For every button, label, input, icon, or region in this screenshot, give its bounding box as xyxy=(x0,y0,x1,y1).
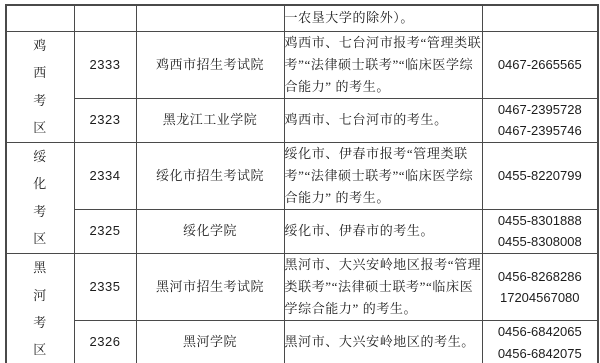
table-row: 绥化考区 2334 绥化市招生考试院 绥化市、伊春市报考“管理类联考”“法律硕士… xyxy=(6,142,598,209)
exam-area-cell-jixi: 鸡西考区 xyxy=(6,31,74,142)
scope-cell: 黑河市、大兴安岭地区的考生。 xyxy=(284,321,482,363)
site-name-cell: 鸡西市招生考试院 xyxy=(136,31,284,98)
document-page: 一农垦大学的除外）。 鸡西考区 2333 鸡西市招生考试院 鸡西市、七台河市报考… xyxy=(0,0,600,363)
site-name-cell: 绥化学院 xyxy=(136,209,284,253)
exam-area-label: 绥化考区 xyxy=(27,143,53,252)
phone-number: 0455-8220799 xyxy=(483,165,598,186)
phone-number: 17204567080 xyxy=(483,287,598,308)
site-code-cell: 2323 xyxy=(74,98,136,142)
site-code-cell: 2334 xyxy=(74,142,136,209)
site-code-cell-empty xyxy=(74,5,136,31)
phone-number: 0467-2395728 xyxy=(483,99,598,120)
site-code-cell: 2335 xyxy=(74,253,136,320)
exam-area-label: 鸡西考区 xyxy=(27,32,53,141)
phone-cell: 0455-8220799 xyxy=(482,142,598,209)
site-code-cell: 2326 xyxy=(74,321,136,363)
phone-cell: 0456-6842065 0456-6842075 xyxy=(482,321,598,363)
table-row: 2326 黑河学院 黑河市、大兴安岭地区的考生。 0456-6842065 04… xyxy=(6,321,598,363)
exam-area-cell-heihe: 黑河考区 xyxy=(6,253,74,363)
exam-area-cell-suihua: 绥化考区 xyxy=(6,142,74,253)
site-name-cell-empty xyxy=(136,5,284,31)
phone-number: 0455-8301888 xyxy=(483,210,598,231)
phone-cell: 0467-2665565 xyxy=(482,31,598,98)
phone-number: 0455-8308008 xyxy=(483,231,598,252)
site-name-cell: 黑河市招生考试院 xyxy=(136,253,284,320)
phone-cell: 0455-8301888 0455-8308008 xyxy=(482,209,598,253)
phone-number: 0456-6842075 xyxy=(483,343,598,363)
site-name-cell: 黑龙江工业学院 xyxy=(136,98,284,142)
site-code-cell: 2333 xyxy=(74,31,136,98)
table-row: 2323 黑龙江工业学院 鸡西市、七台河市的考生。 0467-2395728 0… xyxy=(6,98,598,142)
phone-cell: 0456-8268286 17204567080 xyxy=(482,253,598,320)
phone-cell: 0467-2395728 0467-2395746 xyxy=(482,98,598,142)
site-name-cell: 绥化市招生考试院 xyxy=(136,142,284,209)
scope-cell: 绥化市、伊春市报考“管理类联考”“法律硕士联考”“临床医学综合能力” 的考生。 xyxy=(284,142,482,209)
table-row: 2325 绥化学院 绥化市、伊春市的考生。 0455-8301888 0455-… xyxy=(6,209,598,253)
table-row: 黑河考区 2335 黑河市招生考试院 黑河市、大兴安岭地区报考“管理类联考”“法… xyxy=(6,253,598,320)
site-name-cell: 黑河学院 xyxy=(136,321,284,363)
phone-number: 0467-2395746 xyxy=(483,120,598,141)
scope-cell-continuation: 一农垦大学的除外）。 xyxy=(284,5,482,31)
scope-cell: 黑河市、大兴安岭地区报考“管理类联考”“法律硕士联考”“临床医学综合能力” 的考… xyxy=(284,253,482,320)
exam-area-label: 黑河考区 xyxy=(27,254,53,363)
table-row: 鸡西考区 2333 鸡西市招生考试院 鸡西市、七台河市报考“管理类联考”“法律硕… xyxy=(6,31,598,98)
scope-cell: 鸡西市、七台河市的考生。 xyxy=(284,98,482,142)
scope-cell: 鸡西市、七台河市报考“管理类联考”“法律硕士联考”“临床医学综合能力” 的考生。 xyxy=(284,31,482,98)
scope-cell: 绥化市、伊春市的考生。 xyxy=(284,209,482,253)
phone-cell-empty xyxy=(482,5,598,31)
phone-number: 0456-6842065 xyxy=(483,321,598,342)
table-row-continuation: 一农垦大学的除外）。 xyxy=(6,5,598,31)
exam-area-cell-empty xyxy=(6,5,74,31)
phone-number: 0467-2665565 xyxy=(483,54,598,75)
registration-points-table: 一农垦大学的除外）。 鸡西考区 2333 鸡西市招生考试院 鸡西市、七台河市报考… xyxy=(5,4,599,363)
phone-number: 0456-8268286 xyxy=(483,266,598,287)
site-code-cell: 2325 xyxy=(74,209,136,253)
